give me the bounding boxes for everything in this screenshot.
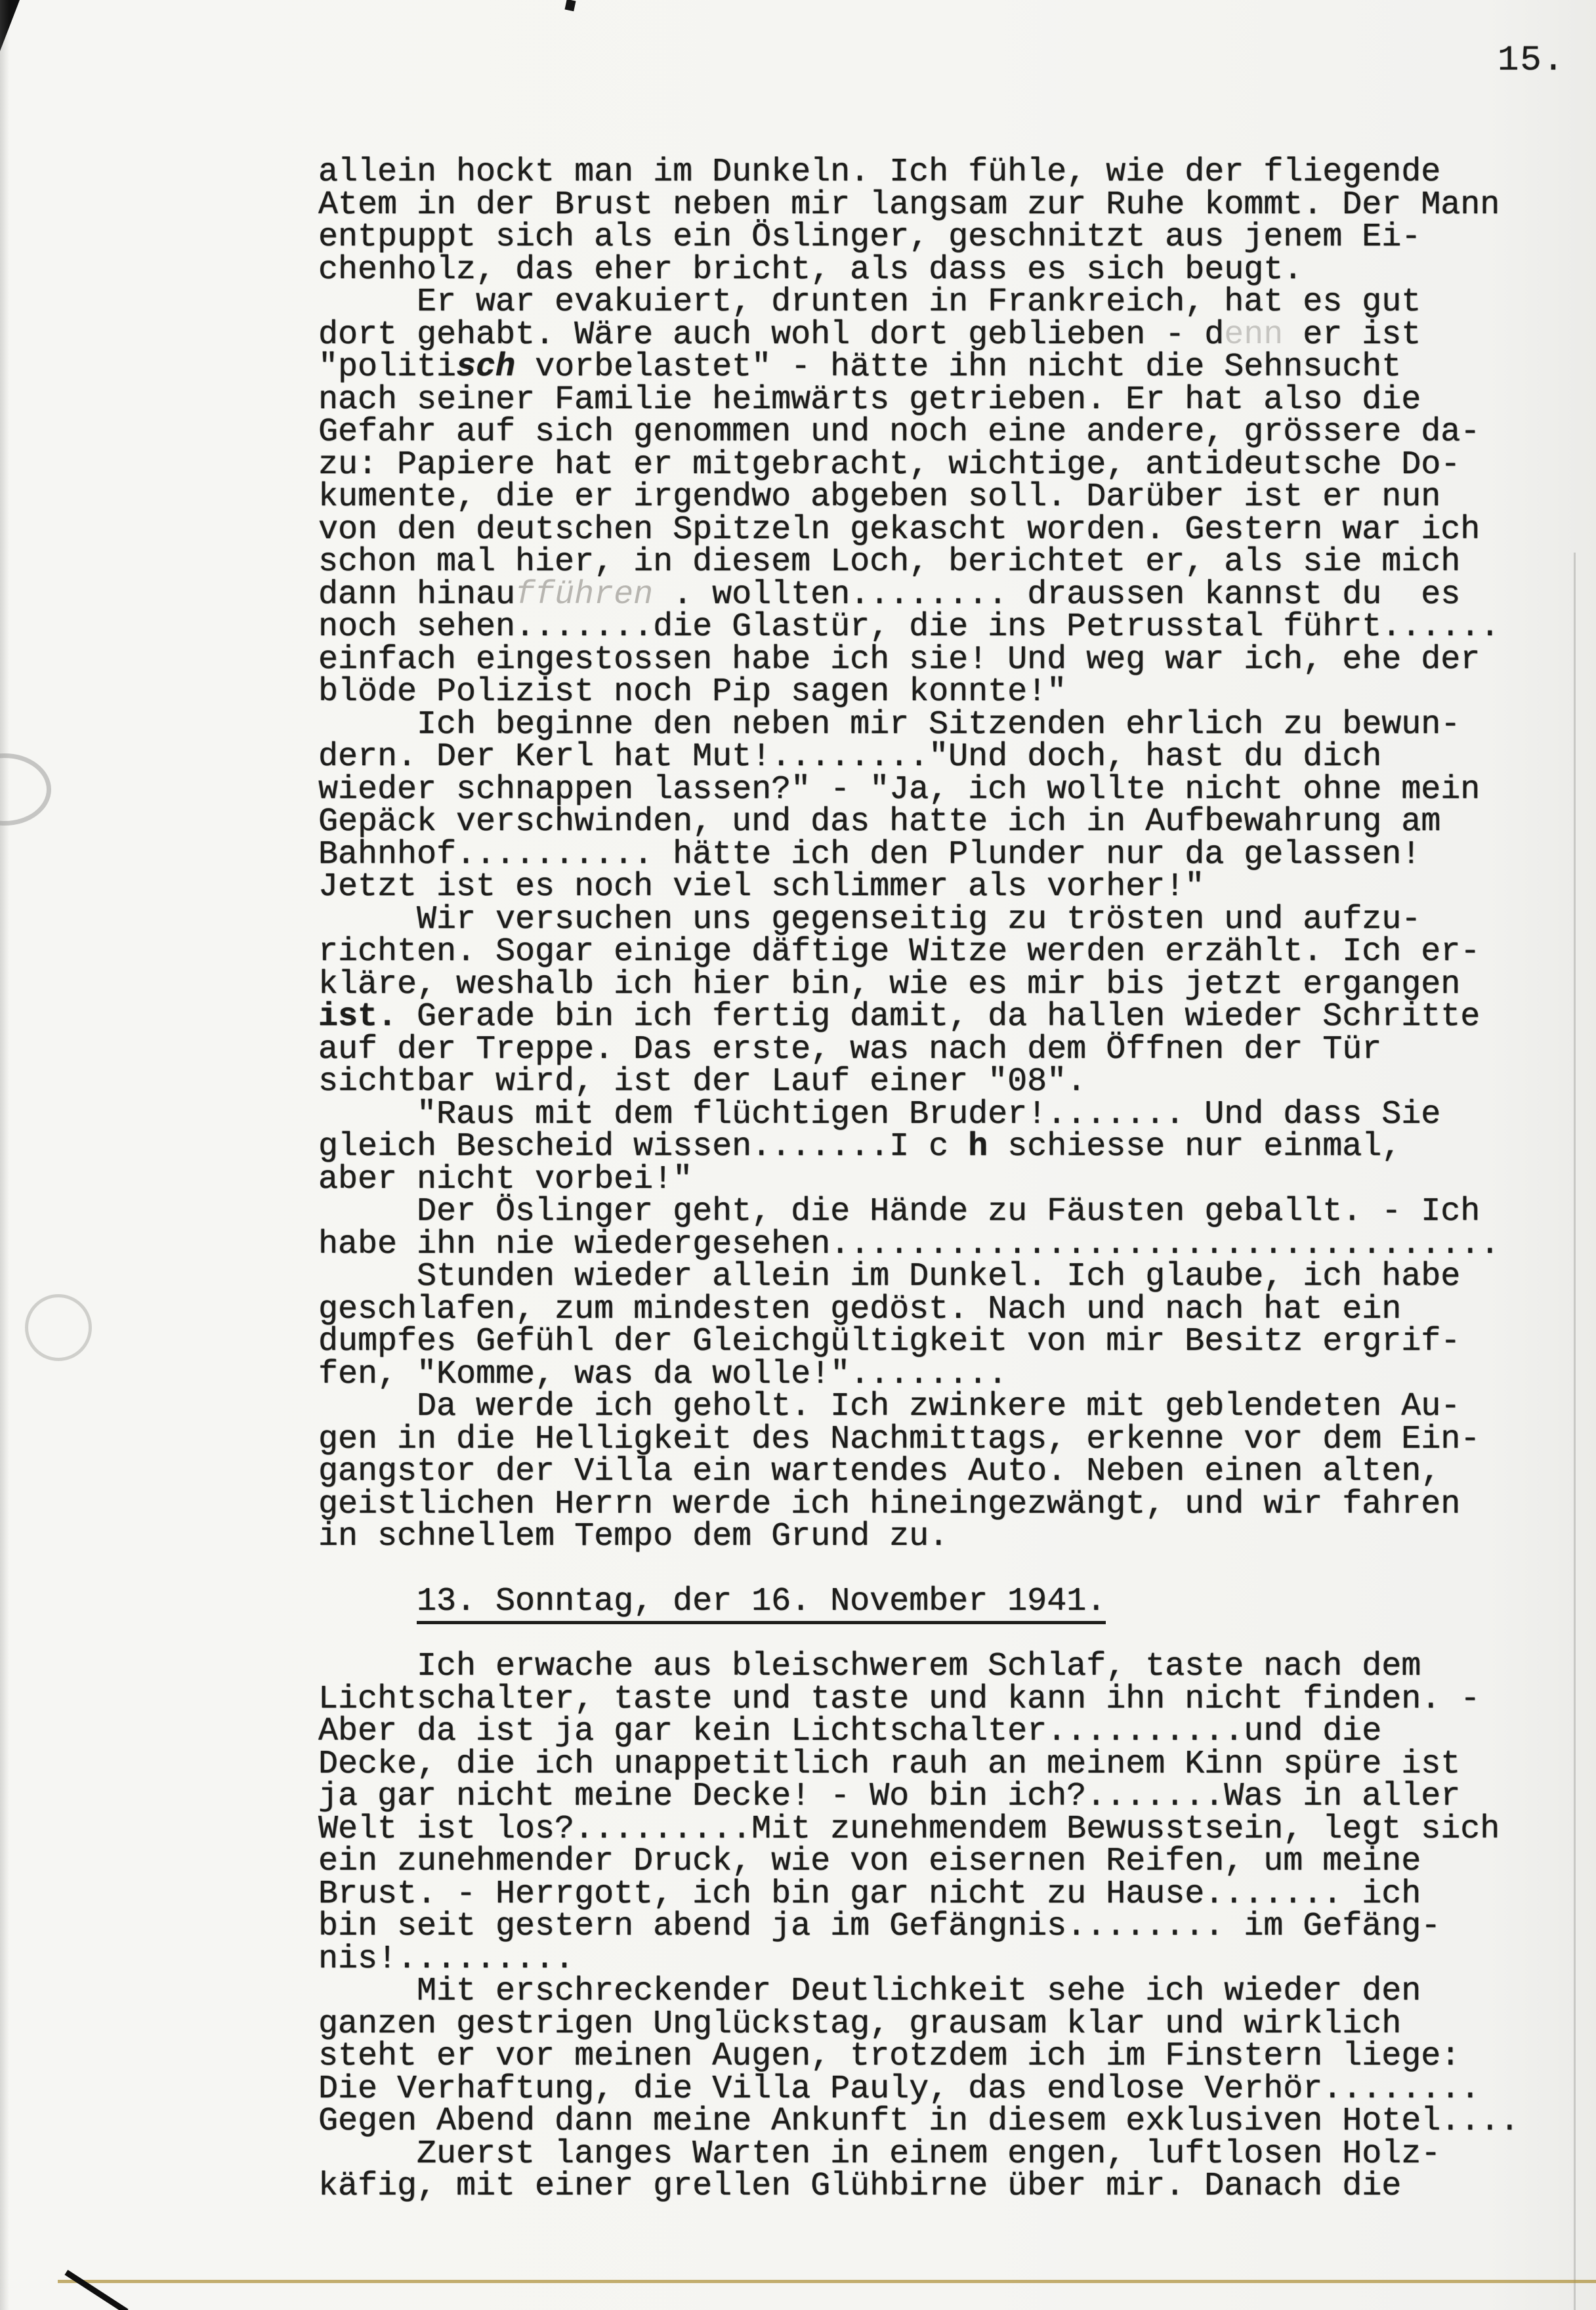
text-body: allein hockt man im Dunkeln. Ich fühle, … xyxy=(318,156,1539,2203)
text-line: sichtbar wird, ist der Lauf einer "08". xyxy=(318,1066,1539,1099)
text-line: Aber da ist ja gar kein Lichtschalter...… xyxy=(318,1715,1539,1748)
text-line: allein hockt man im Dunkeln. Ich fühle, … xyxy=(318,156,1539,189)
text-line: Gegen Abend dann meine Ankunft in diesem… xyxy=(318,2105,1539,2138)
document-page: 15. allein hockt man im Dunkeln. Ich füh… xyxy=(0,0,1596,2310)
text-line: gleich Bescheid wissen.......I c h schie… xyxy=(318,1131,1539,1164)
text-line: Welt ist los?.........Mit zunehmendem Be… xyxy=(318,1813,1539,1846)
text-line: ist. Gerade bin ich fertig damit, da hal… xyxy=(318,1001,1539,1034)
text-line: ganzen gestrigen Unglückstag, grausam kl… xyxy=(318,2008,1539,2041)
text-line: Die Verhaftung, die Villa Pauly, das end… xyxy=(318,2073,1539,2106)
text-line: geschlafen, zum mindesten gedöst. Nach u… xyxy=(318,1293,1539,1326)
punch-hole-icon xyxy=(25,1294,92,1361)
text-line: bin seit gestern abend ja im Gefängnis..… xyxy=(318,1910,1539,1943)
text-line: "Raus mit dem flüchtigen Bruder!....... … xyxy=(318,1099,1539,1131)
text-line: Decke, die ich unappetitlich rauh an mei… xyxy=(318,1748,1539,1781)
text-line: auf der Treppe. Das erste, was nach dem … xyxy=(318,1034,1539,1066)
text-line: Gepäck verschwinden, und das hatte ich i… xyxy=(318,806,1539,839)
text-line: nach seiner Familie heimwärts getrieben.… xyxy=(318,384,1539,417)
text-line: schon mal hier, in diesem Loch, berichte… xyxy=(318,546,1539,579)
text-line: Wir versuchen uns gegenseitig zu trösten… xyxy=(318,904,1539,936)
text-line: steht er vor meinen Augen, trotzdem ich … xyxy=(318,2040,1539,2073)
section-heading: 13. Sonntag, der 16. November 1941. xyxy=(318,1585,1539,1618)
text-line: Jetzt ist es noch viel schlimmer als vor… xyxy=(318,871,1539,904)
text-line xyxy=(318,1553,1539,1586)
scan-artifact-left-edge-shadow xyxy=(0,0,9,2310)
text-line: gen in die Helligkeit des Nachmittags, e… xyxy=(318,1423,1539,1456)
scan-artifact-bottom-rule xyxy=(58,2280,1596,2283)
text-line: Er war evakuiert, drunten in Frankreich,… xyxy=(318,286,1539,319)
text-line: einfach eingestossen habe ich sie! Und w… xyxy=(318,644,1539,677)
scan-artifact-top-tick xyxy=(564,0,576,11)
page-number: 15. xyxy=(1498,41,1565,81)
text-line: käfig, mit einer grellen Glühbirne über … xyxy=(318,2170,1539,2203)
text-line: Atem in der Brust neben mir langsam zur … xyxy=(318,189,1539,222)
text-line: Brust. - Herrgott, ich bin gar nicht zu … xyxy=(318,1878,1539,1911)
text-line: fen, "Komme, was da wolle!"........ xyxy=(318,1358,1539,1391)
text-line: Zuerst langes Warten in einem engen, luf… xyxy=(318,2138,1539,2171)
text-line: chenholz, das eher bricht, als dass es s… xyxy=(318,254,1539,287)
text-line: ein zunehmender Druck, wie von eisernen … xyxy=(318,1845,1539,1878)
text-line: geistlichen Herrn werde ich hineingezwän… xyxy=(318,1488,1539,1521)
text-line: nis!......... xyxy=(318,1943,1539,1976)
text-line: dann hinaufführen . wollten........ drau… xyxy=(318,579,1539,612)
scan-artifact-bottom-left-mark xyxy=(64,2270,128,2310)
text-line: Ich beginne den neben mir Sitzenden ehrl… xyxy=(318,709,1539,742)
text-line: Bahnhof.......... hätte ich den Plunder … xyxy=(318,839,1539,871)
text-line: ja gar nicht meine Decke! - Wo bin ich?.… xyxy=(318,1780,1539,1813)
text-line: Da werde ich geholt. Ich zwinkere mit ge… xyxy=(318,1391,1539,1423)
punch-hole-icon xyxy=(0,753,51,826)
text-line: "politisch vorbelastet" - hätte ihn nich… xyxy=(318,351,1539,384)
text-line: blöde Polizist noch Pip sagen konnte!" xyxy=(318,676,1539,709)
text-line: dern. Der Kerl hat Mut!........"Und doch… xyxy=(318,741,1539,774)
text-line: richten. Sogar einige däftige Witze werd… xyxy=(318,936,1539,969)
text-line: noch sehen.......die Glastür, die ins Pe… xyxy=(318,611,1539,644)
text-line: gangstor der Villa ein wartendes Auto. N… xyxy=(318,1456,1539,1488)
text-line: Ich erwache aus bleischwerem Schlaf, tas… xyxy=(318,1650,1539,1683)
scan-artifact-right-fold-line xyxy=(1574,553,1576,2310)
text-line: Mit erschreckender Deutlichkeit sehe ich… xyxy=(318,1975,1539,2008)
text-line: zu: Papiere hat er mitgebracht, wichtige… xyxy=(318,449,1539,482)
text-line: dort gehabt. Wäre auch wohl dort geblieb… xyxy=(318,319,1539,352)
text-line: Der Öslinger geht, die Hände zu Fäusten … xyxy=(318,1196,1539,1228)
text-line: Gefahr auf sich genommen und noch eine a… xyxy=(318,416,1539,449)
text-line: aber nicht vorbei!" xyxy=(318,1164,1539,1196)
text-line: Stunden wieder allein im Dunkel. Ich gla… xyxy=(318,1261,1539,1293)
text-line: wieder schnappen lassen?" - "Ja, ich wol… xyxy=(318,774,1539,807)
text-line: dumpfes Gefühl der Gleichgültigkeit von … xyxy=(318,1326,1539,1358)
text-line: von den deutschen Spitzeln gekascht word… xyxy=(318,514,1539,547)
text-line: habe ihn nie wiedergesehen..............… xyxy=(318,1228,1539,1261)
text-line: in schnellem Tempo dem Grund zu. xyxy=(318,1521,1539,1553)
text-line: Lichtschalter, taste und taste und kann … xyxy=(318,1683,1539,1716)
text-line: entpuppt sich als ein Öslinger, geschnit… xyxy=(318,221,1539,254)
text-line: kläre, weshalb ich hier bin, wie es mir … xyxy=(318,969,1539,1001)
text-line: kumente, die er irgendwo abgeben soll. D… xyxy=(318,481,1539,514)
